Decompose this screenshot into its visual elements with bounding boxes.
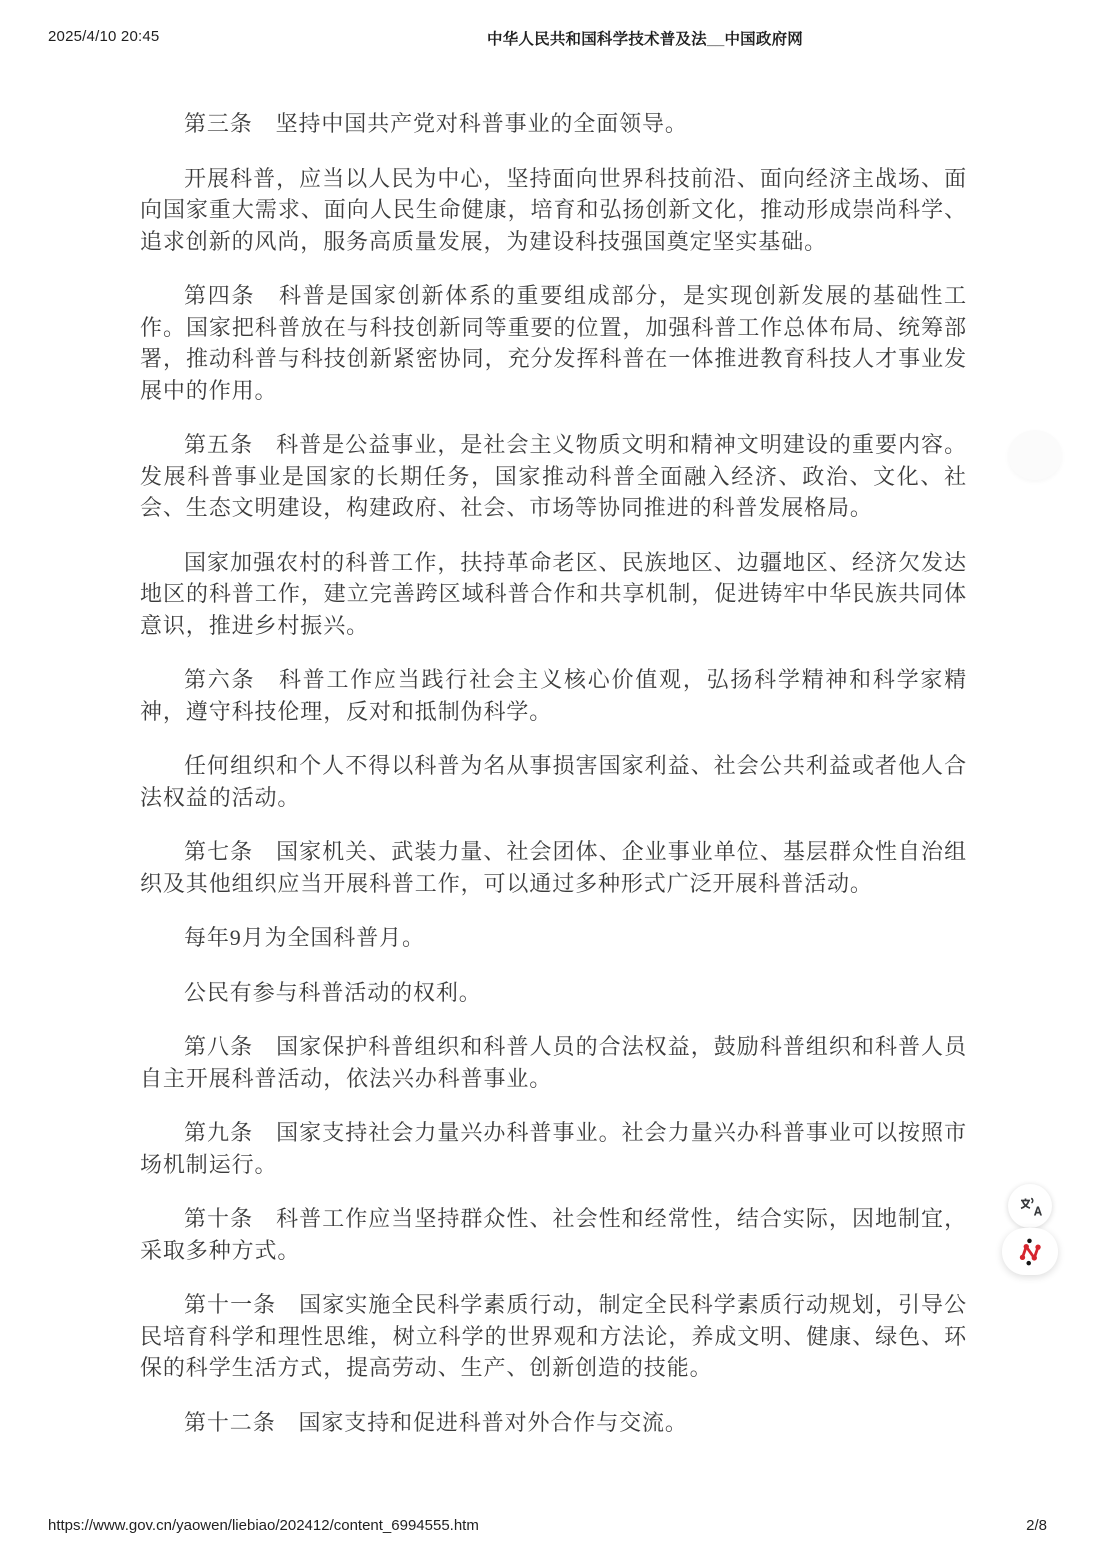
extension-button[interactable] xyxy=(1002,1228,1058,1275)
header-document-title: 中华人民共和国科学技术普及法__中国政府网 xyxy=(487,27,803,49)
print-preview-page: { "header": { "datetime": "2025/4/10 20:… xyxy=(0,0,1106,1565)
paragraph: 第四条 科普是国家创新体系的重要组成部分，是实现创新发展的基础性工作。国家把科普… xyxy=(140,280,967,406)
faded-floating-button xyxy=(1008,430,1062,480)
translate-icon xyxy=(1018,1194,1042,1218)
paragraph: 第十一条 国家实施全民科学素质行动，制定全民科学素质行动规划，引导公民培育科学和… xyxy=(140,1289,967,1384)
paragraph: 第三条 坚持中国共产党对科普事业的全面领导。 xyxy=(140,108,967,140)
paragraph: 第七条 国家机关、武装力量、社会团体、企业事业单位、基层群众性自治组织及其他组织… xyxy=(140,836,967,899)
paragraph: 开展科普，应当以人民为中心，坚持面向世界科技前沿、面向经济主战场、面向国家重大需… xyxy=(140,163,967,258)
header-datetime: 2025/4/10 20:45 xyxy=(48,28,159,45)
paragraph: 第十条 科普工作应当坚持群众性、社会性和经常性，结合实际，因地制宜，采取多种方式… xyxy=(140,1203,967,1266)
footer-url: https://www.gov.cn/yaowen/liebiao/202412… xyxy=(48,1517,479,1534)
document-body: 第三条 坚持中国共产党对科普事业的全面领导。开展科普，应当以人民为中心，坚持面向… xyxy=(140,108,967,1461)
paragraph: 第十二条 国家支持和促进科普对外合作与交流。 xyxy=(140,1407,967,1439)
paragraph: 每年9月为全国科普月。 xyxy=(140,922,967,954)
translate-button[interactable] xyxy=(1008,1184,1052,1228)
n-logo-icon xyxy=(1015,1237,1045,1267)
paragraph: 公民有参与科普活动的权利。 xyxy=(140,977,967,1009)
paragraph: 任何组织和个人不得以科普为名从事损害国家利益、社会公共利益或者他人合法权益的活动… xyxy=(140,750,967,813)
paragraph: 第八条 国家保护科普组织和科普人员的合法权益，鼓励科普组织和科普人员自主开展科普… xyxy=(140,1031,967,1094)
paragraph: 第九条 国家支持社会力量兴办科普事业。社会力量兴办科普事业可以按照市场机制运行。 xyxy=(140,1117,967,1180)
footer-page-indicator: 2/8 xyxy=(1026,1517,1047,1534)
paragraph: 第五条 科普是公益事业，是社会主义物质文明和精神文明建设的重要内容。发展科普事业… xyxy=(140,429,967,524)
paragraph: 国家加强农村的科普工作，扶持革命老区、民族地区、边疆地区、经济欠发达地区的科普工… xyxy=(140,547,967,642)
paragraph: 第六条 科普工作应当践行社会主义核心价值观，弘扬科学精神和科学家精神，遵守科技伦… xyxy=(140,664,967,727)
